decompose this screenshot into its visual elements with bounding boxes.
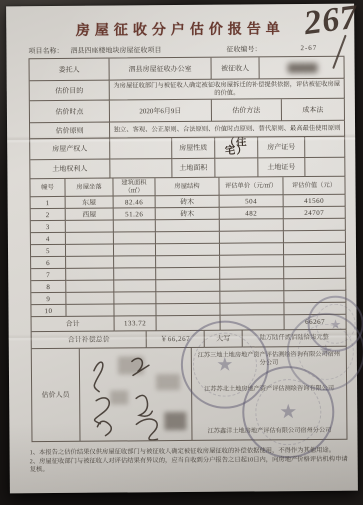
principle-label: 估价原则: [30, 123, 110, 140]
land-holder-value-empty: [110, 159, 172, 178]
cell-area: [114, 268, 156, 280]
cell-structure: [156, 280, 220, 293]
cell-unit-price: [220, 291, 284, 304]
method-label: 估价方法: [212, 99, 282, 122]
cell-area: 51.26: [114, 208, 156, 220]
owner-label: 房屋产权人: [30, 139, 110, 161]
cell-structure: [156, 220, 220, 233]
cell-no: 2: [31, 209, 66, 221]
signature-handwriting: [80, 348, 193, 442]
document-sheet: 房屋征收分户估价报告单 267 项目名称： 泗县四座楼地块房屋征收项目 征收编号…: [6, 4, 358, 494]
caps-value: 陆万陆仟贰佰陆拾柒元整: [243, 330, 347, 348]
expropriated-label: 被征收人: [212, 57, 260, 79]
header-structure: 房屋结构: [155, 178, 219, 197]
cell-location: [66, 245, 114, 257]
row-client: 委托人 泗县房屋征收办公室 被征收人: [30, 57, 345, 81]
cell-unit-price: [220, 219, 284, 232]
client-label: 委托人: [30, 59, 110, 82]
handwritten-number: 267: [302, 0, 360, 43]
row-purpose: 估价目的 为房屋征收部门与被征收人确定被征收房屋拆迁的补偿提供依据，评估被征收房…: [30, 79, 345, 101]
cell-unit-price: [220, 255, 284, 268]
cell-structure: [156, 304, 220, 317]
header-value: 评估价值（元）: [283, 177, 345, 195]
cell-no: 5: [31, 245, 66, 257]
cell-no: 10: [31, 305, 66, 317]
cell-structure: 砖木: [156, 196, 220, 209]
principle-value: 独立、客观、公正原则、合法原则、价值时点原则、替代原则、最高最佳使用原则: [110, 121, 345, 139]
cell-structure: 砖木: [156, 208, 220, 221]
cell-value: [284, 267, 346, 279]
photo-background: 房屋征收分户估价报告单 267 项目名称： 泗县四座楼地块房屋征收项目 征收编号…: [0, 0, 363, 505]
page-title: 房屋征收分户估价报告单: [6, 18, 354, 41]
cell-value: [284, 255, 346, 267]
cell-location: [66, 293, 114, 305]
cell-value: 41560: [284, 195, 346, 207]
cell-no: 4: [31, 233, 66, 245]
cell-structure: [156, 268, 220, 281]
cell-no: 3: [31, 221, 66, 233]
cell-location: [66, 221, 114, 233]
cell-structure: [156, 292, 220, 305]
cell-unit-price: [220, 243, 284, 256]
caps-label: 大写: [205, 331, 243, 348]
appraisal-table: 委托人 泗县房屋征收办公室 被征收人 估价目的 为房屋征收部门与被征收人确定被征…: [29, 56, 348, 442]
company-name-2: 江苏苏北土地房地产资产评估测绘咨询有限公司: [195, 385, 343, 394]
company-name-1: 江苏三地土地房地产资产评估测绘咨询有限公司宿州分公司: [195, 351, 343, 367]
cell-structure: [156, 232, 220, 245]
expropriated-value-redacted: [260, 57, 345, 80]
cell-location: [66, 281, 114, 293]
purpose-value: 为房屋征收部门与被征收人确定被征收房屋拆迁的补偿提供依据，评估被征收房屋的价值。: [110, 79, 345, 101]
cell-location: [66, 257, 114, 269]
cell-unit-price: [220, 279, 284, 292]
row-owner: 房屋产权人 房屋性质 （住宅） 房产证号: [30, 137, 345, 160]
land-cert-value-empty: [305, 158, 345, 177]
land-area-value-empty: [215, 158, 258, 177]
cell-unit-price: [220, 267, 284, 280]
cell-area: [114, 304, 156, 316]
cell-value: [284, 219, 346, 231]
total-price-value: ￥66,267: [147, 331, 205, 348]
footnotes: 1、本报告之估价结果仅供房屋征收部门与被征收人确定被征收房屋征收的补偿依据使用，…: [30, 447, 352, 475]
row-appraisers: 估价人员: [32, 347, 348, 442]
total-price-label: 合计补偿总价: [32, 331, 147, 349]
date-value: 2020年6月9日: [110, 100, 212, 123]
redaction-blur: [288, 63, 318, 73]
house-cert-value-empty: [305, 137, 345, 158]
cell-location: [66, 305, 114, 317]
cell-unit-price: [220, 231, 284, 244]
cell-area: 82.46: [114, 196, 156, 208]
total-label: 合计: [32, 317, 115, 333]
cell-no: 1: [31, 197, 66, 209]
header-area: 建筑面积（㎡）: [113, 178, 155, 196]
date-label: 估价时点: [30, 101, 110, 124]
cell-no: 6: [31, 257, 66, 269]
appraiser-signatures: [80, 348, 193, 442]
cell-no: 8: [31, 281, 66, 293]
row-land: 土地权利人 土地面积 土地证号: [30, 158, 345, 179]
cell-value: [284, 231, 346, 243]
cell-unit-price: 504: [220, 195, 284, 208]
cell-no: 9: [31, 293, 66, 305]
cell-unit-price: [220, 303, 284, 316]
total-area: 133.72: [115, 316, 157, 331]
collection-no-label: 征收编号：: [226, 44, 261, 54]
header-no: 幢号: [30, 179, 65, 197]
cell-location: 西屋: [66, 209, 114, 221]
house-cert-label: 房产证号: [258, 137, 305, 158]
total-value: 66267: [285, 315, 347, 330]
cell-location: 东屋: [66, 197, 114, 209]
header-location: 房屋坐落: [65, 179, 113, 197]
cell-value: 24707: [284, 207, 346, 219]
land-cert-label: 土地证号: [258, 158, 305, 177]
total-structure-empty: [157, 316, 221, 332]
company-name-3: 江苏鑫洋土地房地产评估有限公司宿州分公司: [195, 427, 343, 436]
cell-value: [284, 291, 346, 303]
cell-no: 7: [31, 269, 66, 281]
cell-area: [114, 232, 156, 244]
total-unit-price-empty: [221, 315, 285, 331]
land-area-label: 土地面积: [172, 159, 215, 178]
land-holder-label: 土地权利人: [30, 160, 110, 180]
cell-value: [284, 243, 346, 255]
cell-area: [114, 292, 156, 304]
cell-area: [114, 256, 156, 268]
footnote-2: 2、房屋征收部门与被征收人对评估结果有异议的，应当自收到分户报告之日起10日内，…: [30, 455, 352, 475]
cell-unit-price: 482: [220, 207, 284, 220]
cell-structure: [156, 244, 220, 257]
purpose-label: 估价目的: [30, 81, 110, 102]
cell-value: [284, 303, 346, 315]
header-unit-price: 评估单价（元/㎡）: [219, 177, 283, 196]
cell-structure: [156, 256, 220, 269]
handwritten-house-nature: （住宅）: [217, 139, 256, 157]
project-name-value: 泗县四座楼地块房屋征收项目: [70, 45, 161, 56]
appraisal-companies: 江苏三地土地房地产资产评估测绘咨询有限公司宿州分公司 江苏苏北土地房地产资产评估…: [192, 347, 348, 441]
cell-area: [114, 280, 156, 292]
house-nature-label: 房屋性质: [172, 138, 215, 159]
house-nature-value: （住宅）: [215, 137, 258, 158]
client-value: 泗县房屋征收办公室: [110, 58, 212, 81]
row-date-method: 估价时点 2020年6月9日 估价方法 成本法: [30, 99, 345, 123]
collection-no-value: 2-67: [300, 44, 317, 52]
cell-value: [284, 279, 346, 291]
owner-value-empty: [110, 138, 172, 159]
cell-location: [66, 233, 114, 245]
appraiser-label: 估价人员: [32, 349, 81, 442]
cell-area: [114, 244, 156, 256]
cell-area: [114, 220, 156, 232]
project-name-label: 项目名称：: [28, 46, 63, 56]
method-value: 成本法: [282, 99, 345, 121]
cell-location: [66, 269, 114, 281]
